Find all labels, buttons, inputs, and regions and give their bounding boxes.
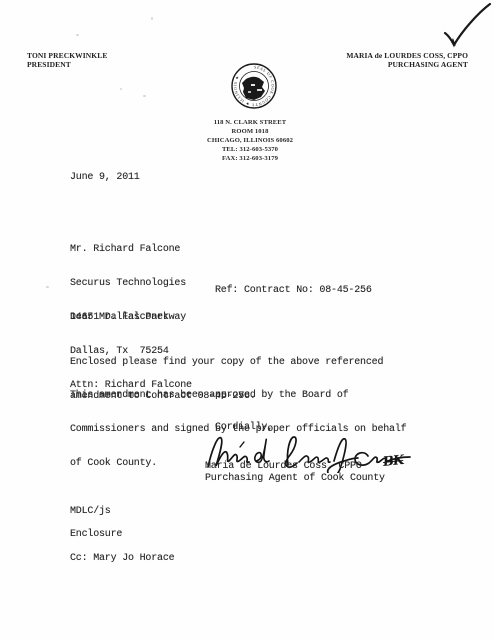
scan-speck xyxy=(143,95,146,97)
reference-initials: MDLC/js xyxy=(70,506,111,517)
scanned-letter-page: TONI PRECKWINKLE PRESIDENT MARIA de LOUR… xyxy=(0,0,494,639)
address-line: TEL: 312-603-5370 xyxy=(170,145,330,154)
header-president-block: TONI PRECKWINKLE PRESIDENT xyxy=(27,51,107,69)
scan-speck xyxy=(120,88,122,90)
address-line: CHICAGO, ILLINOIS 60602 xyxy=(170,136,330,145)
recipient-line: Mr. Richard Falcone xyxy=(70,244,192,255)
signer-title: Purchasing Agent of Cook County xyxy=(205,473,385,484)
handwritten-checkmark-icon xyxy=(432,2,492,50)
salutation: Dear Mr. Falcone: xyxy=(70,312,169,323)
address-line: ROOM 1018 xyxy=(170,127,330,136)
purchasing-agent-title: PURCHASING AGENT xyxy=(346,60,468,69)
address-line: 118 N. CLARK STREET xyxy=(170,118,330,127)
scan-speck xyxy=(76,34,79,36)
president-title: PRESIDENT xyxy=(27,60,107,69)
handwritten-initials: BK xyxy=(382,453,404,470)
signer-name: Maria de Lourdes Coss, CPPO xyxy=(205,461,362,472)
header-purchasing-agent-block: MARIA de LOURDES COSS, CPPO PURCHASING A… xyxy=(346,51,468,69)
purchasing-agent-name: MARIA de LOURDES COSS, CPPO xyxy=(346,51,468,60)
cc-notation: Cc: Mary Jo Horace xyxy=(70,553,174,564)
president-name: TONI PRECKWINKLE xyxy=(27,51,107,60)
scan-speck xyxy=(46,286,49,288)
address-line: FAX: 312-603-3179 xyxy=(170,154,330,163)
recipient-line: Securus Technologies xyxy=(70,278,192,289)
reference-line: Ref: Contract No: 08-45-256 xyxy=(215,285,372,296)
paragraph-line: This amendment has been approved by the … xyxy=(70,390,406,401)
letter-date: June 9, 2011 xyxy=(70,172,140,183)
cook-county-seal-icon: SEAL OF COOK COUNTY ★ ILLINOIS ★ xyxy=(230,62,278,110)
letterhead-address: 118 N. CLARK STREET ROOM 1018 CHICAGO, I… xyxy=(170,118,330,163)
enclosure-notation: Enclosure xyxy=(70,529,122,540)
scan-speck xyxy=(151,17,153,20)
